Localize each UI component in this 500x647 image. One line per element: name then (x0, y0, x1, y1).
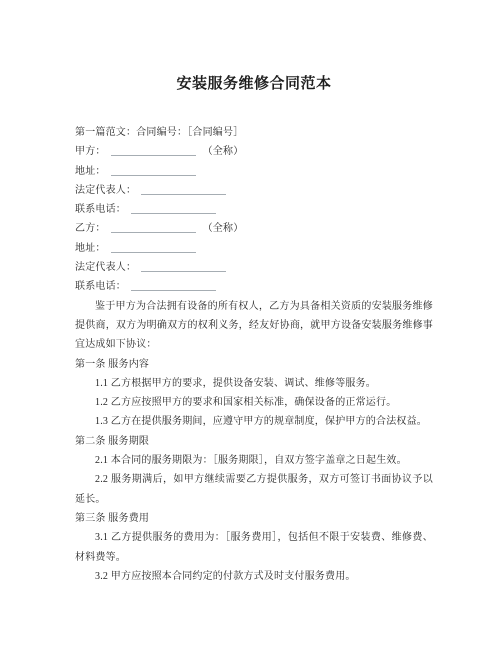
full-name-suffix: （全称） (203, 146, 244, 157)
legal-rep-label: 法定代表人： (75, 185, 136, 196)
opening-line-prefix: 第一篇范文：合同编号： (75, 127, 187, 138)
clause-2-1: 2.1 本合同的服务期限为：［服务期限］，自双方签字盖章之日起生效。 (75, 451, 433, 470)
party-b-phone-blank (131, 289, 216, 291)
party-b-name-line: 乙方：（全称） (75, 219, 433, 238)
clause-1-2: 1.2 乙方应按照甲方的要求和国家相关标准，确保设备的正常运行。 (75, 393, 433, 412)
full-name-suffix: （全称） (203, 223, 244, 234)
party-b-address-line: 地址： (75, 239, 433, 258)
party-a-name-line: 甲方：（全称） (75, 142, 433, 161)
clause-1-1: 1.1 乙方根据甲方的要求，提供设备安装、调试、维修等服务。 (75, 374, 433, 393)
clause-3-2: 3.2 甲方应按照本合同约定的付款方式及时支付服务费用。 (75, 567, 433, 586)
party-a-label: 甲方： (75, 146, 106, 157)
party-a-address-line: 地址： (75, 162, 433, 181)
section-2-heading: 第二条 服务期限 (75, 432, 433, 451)
page-title: 安装服务维修合同范本 (75, 73, 433, 95)
party-a-phone-line: 联系电话： (75, 200, 433, 219)
party-a-phone-blank (131, 212, 216, 214)
party-b-legal-rep-blank (141, 270, 226, 272)
party-b-name-blank (111, 231, 196, 233)
section-3-heading: 第三条 服务费用 (75, 509, 433, 528)
phone-label: 联系电话： (75, 204, 126, 215)
party-a-legal-rep-blank (141, 193, 226, 195)
phone-label: 联系电话： (75, 281, 126, 292)
address-label: 地址： (75, 166, 106, 177)
opening-line: 第一篇范文：合同编号：［合同编号］ (75, 123, 433, 142)
party-b-phone-line: 联系电话： (75, 277, 433, 296)
section-1-heading: 第一条 服务内容 (75, 355, 433, 374)
preamble-paragraph: 鉴于甲方为合法拥有设备的所有权人，乙方为具备相关资质的安装服务维修提供商，双方为… (75, 297, 433, 355)
contract-document-page: 安装服务维修合同范本 第一篇范文：合同编号：［合同编号］ 甲方：（全称） 地址：… (0, 0, 500, 647)
legal-rep-label: 法定代表人： (75, 262, 136, 273)
party-b-legal-rep-line: 法定代表人： (75, 258, 433, 277)
party-b-address-blank (111, 251, 196, 253)
party-a-address-blank (111, 174, 196, 176)
clause-2-2: 2.2 服务期满后，如甲方继续需要乙方提供服务，双方可签订书面协议予以延长。 (75, 470, 433, 509)
document-body: 安装服务维修合同范本 第一篇范文：合同编号：［合同编号］ 甲方：（全称） 地址：… (75, 73, 433, 586)
clause-1-3: 1.3 乙方在提供服务期间，应遵守甲方的规章制度，保护甲方的合法权益。 (75, 412, 433, 431)
party-a-legal-rep-line: 法定代表人： (75, 181, 433, 200)
party-a-name-blank (111, 154, 196, 156)
contract-number-placeholder: ［合同编号］ (187, 127, 243, 138)
address-label: 地址： (75, 243, 106, 254)
party-b-label: 乙方： (75, 223, 106, 234)
clause-3-1: 3.1 乙方提供服务的费用为：［服务费用］，包括但不限于安装费、维修费、材料费等… (75, 528, 433, 567)
